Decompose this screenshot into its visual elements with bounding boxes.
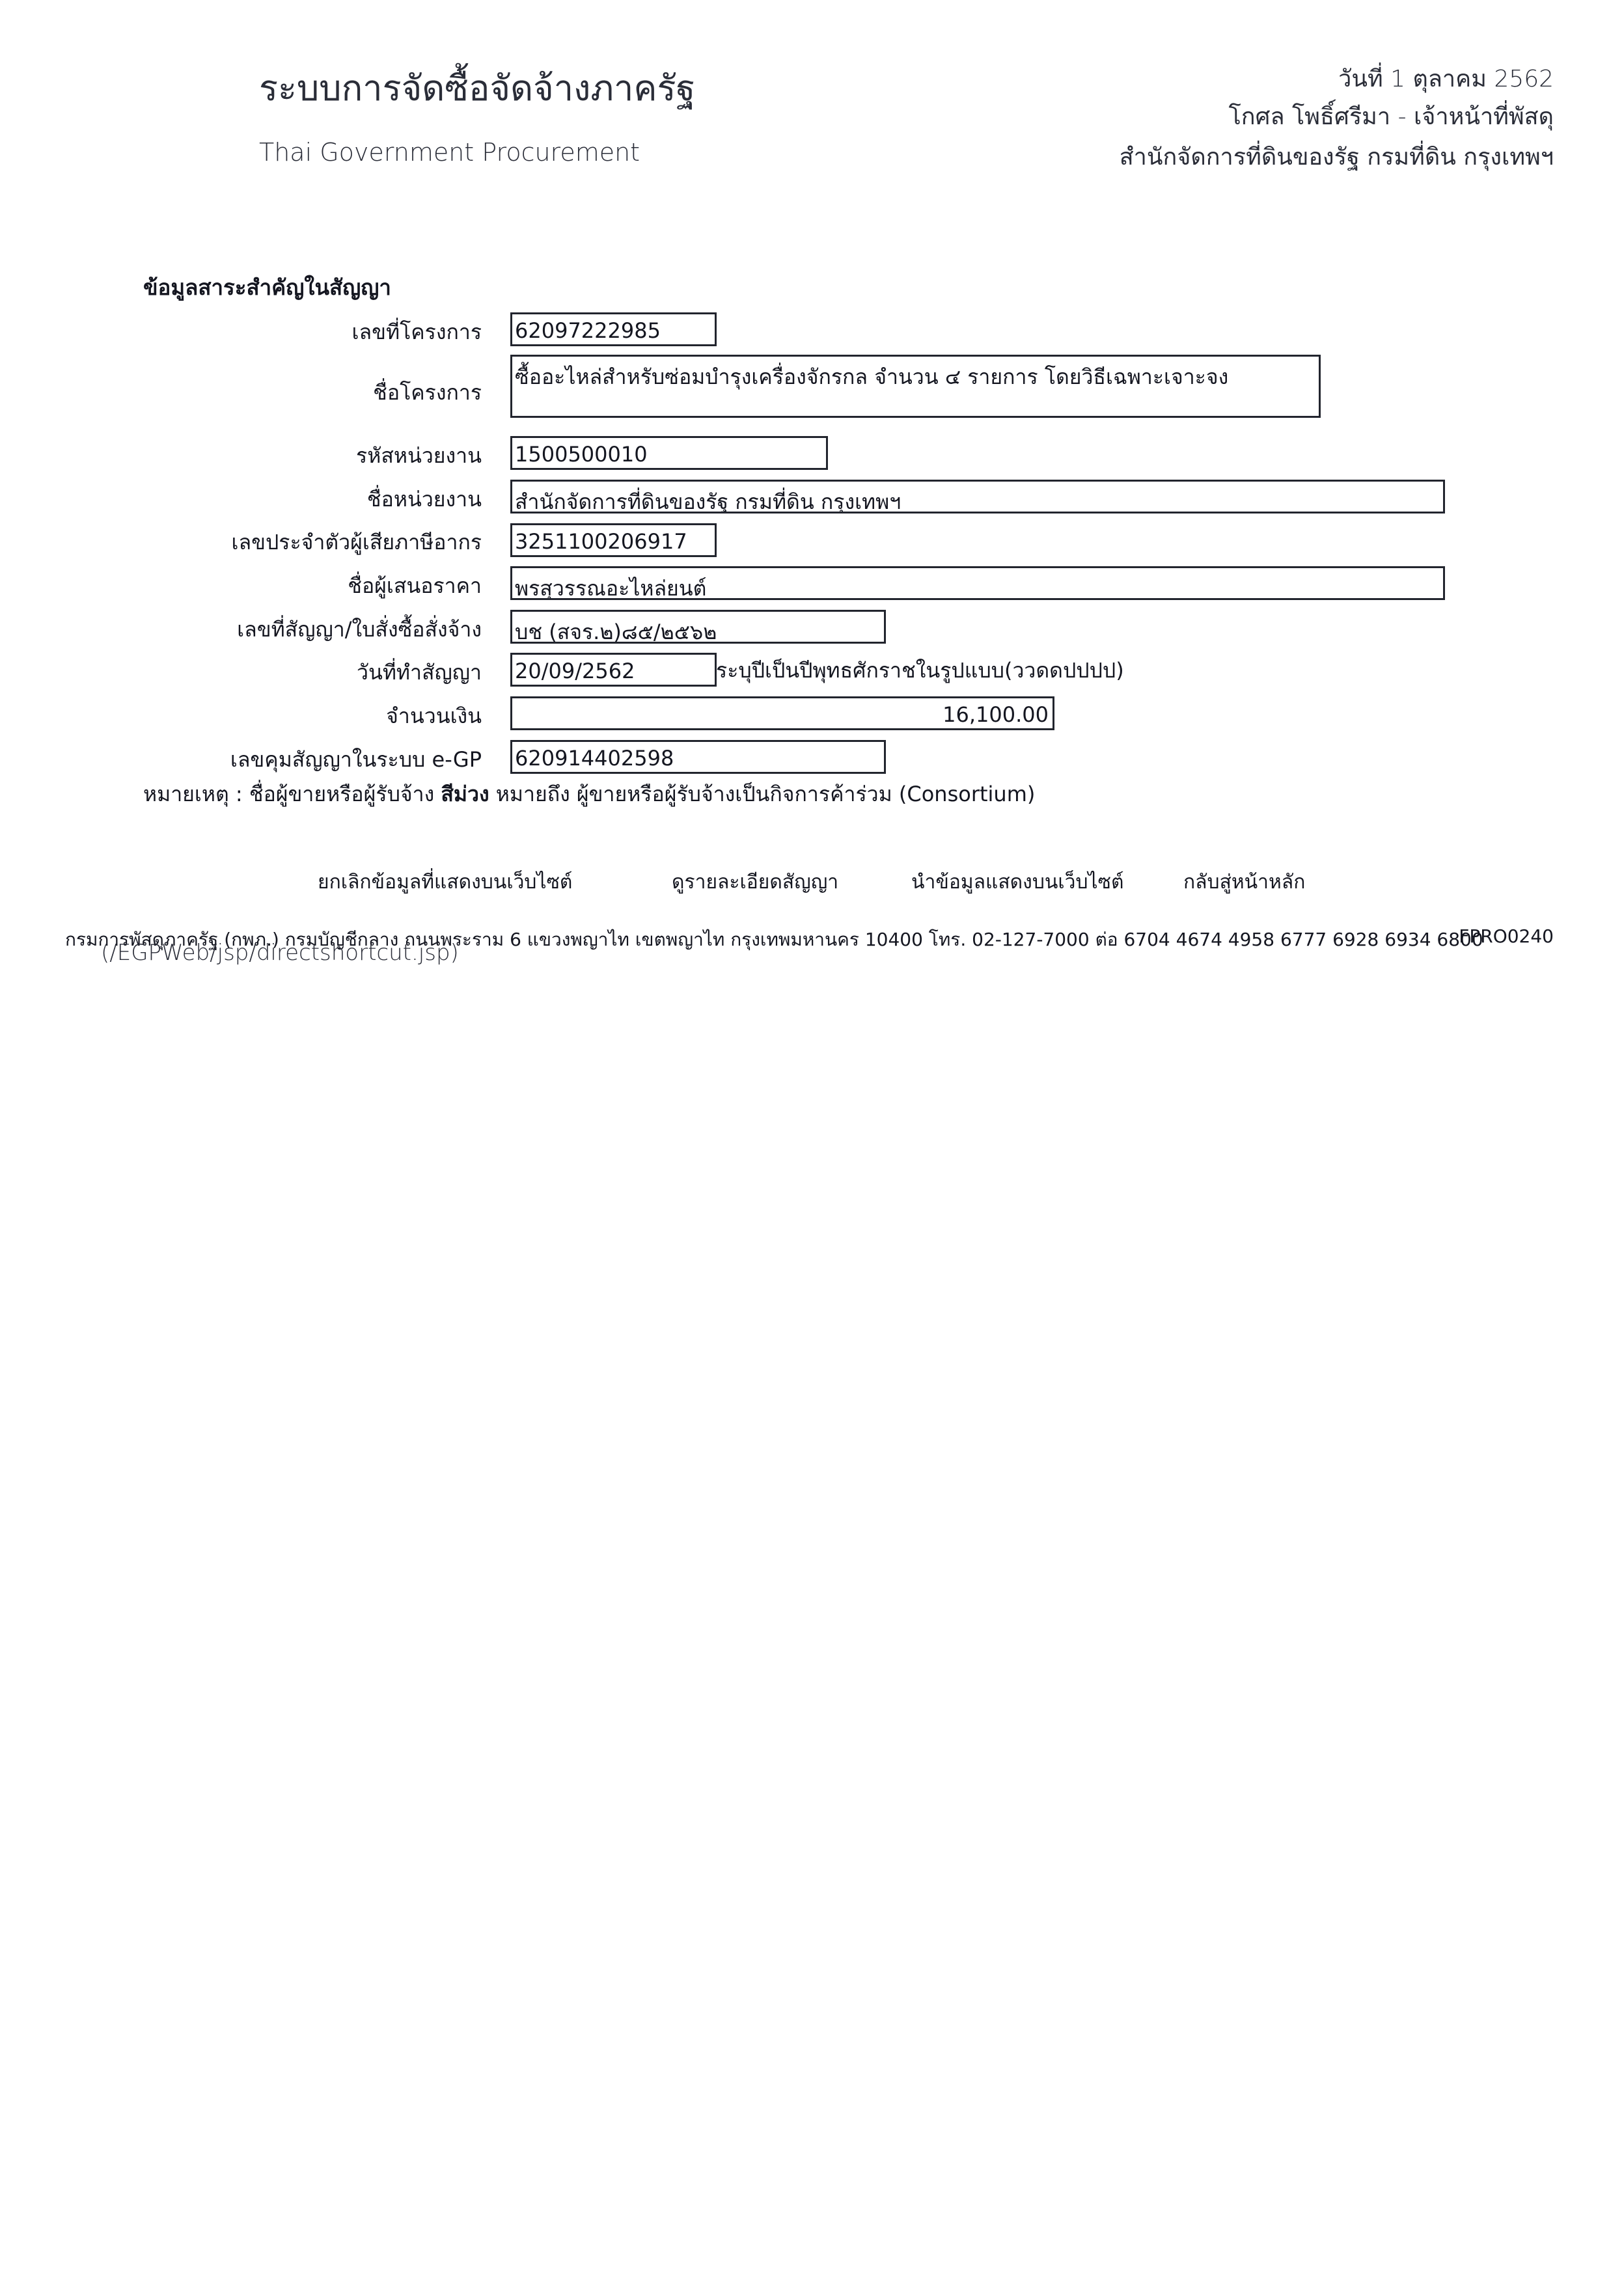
project-no-field[interactable]: 62097222985 [510, 312, 717, 346]
section-title: ข้อมูลสาระสำคัญในสัญญา [143, 270, 391, 305]
project-no-label: เลขที่โครงการ [130, 316, 482, 349]
egp-no-label: เลขคุมสัญญาในระบบ e-GP [130, 743, 482, 776]
cancel-display-link[interactable]: ยกเลิกข้อมูลที่แสดงบนเว็บไซต์ [318, 867, 572, 897]
project-name-field[interactable]: ซื้ออะไหล่สำหรับซ่อมบำรุงเครื่องจักรกล จ… [510, 355, 1321, 418]
tax-id-field[interactable]: 3251100206917 [510, 523, 717, 557]
dept-code-field[interactable]: 1500500010 [510, 436, 828, 470]
contract-date-label: วันที่ทำสัญญา [130, 656, 482, 689]
amount-label: จำนวนเงิน [130, 700, 482, 733]
dept-code-label: รหัสหน่วยงาน [130, 439, 482, 472]
bidder-name-field[interactable]: พรสุวรรณอะไหล่ยนต์ [510, 566, 1445, 600]
contract-no-field[interactable]: บช (สจร.๒)๘๕/๒๕๖๒ [510, 610, 886, 644]
footer-page-code: FPRO0240 [1459, 925, 1554, 947]
system-title-thai: ระบบการจัดซื้อจัดจ้างภาครัฐ [259, 60, 695, 116]
publish-link[interactable]: นำข้อมูลแสดงบนเว็บไซต์ [911, 867, 1123, 897]
bidder-name-label: ชื่อผู้เสนอราคา [130, 569, 482, 603]
dept-name-field[interactable]: สำนักจัดการที่ดินของรัฐ กรมที่ดิน กรุงเท… [510, 480, 1445, 513]
contract-date-field[interactable]: 20/09/2562 [510, 653, 717, 687]
header-organization: สำนักจัดการที่ดินของรัฐ กรมที่ดิน กรุงเท… [1120, 138, 1554, 175]
contract-date-hint: ระบุปีเป็นปีพุทธศักราชในรูปแบบ(ววดดปปปป) [716, 654, 1124, 687]
header-date: วันที่ 1 ตุลาคม 2562 [1338, 60, 1554, 97]
dept-name-label: ชื่อหน่วยงาน [130, 483, 482, 516]
amount-field[interactable]: 16,100.00 [510, 696, 1054, 730]
header-user: โกศล โพธิ์ศรีมา - เจ้าหน้าที่พัสดุ [1228, 98, 1554, 135]
tax-id-label: เลขประจำตัวผู้เสียภาษีอากร [130, 526, 482, 559]
project-name-label: ชื่อโครงการ [130, 376, 482, 409]
note-highlight: สีม่วง [441, 782, 489, 806]
view-details-link[interactable]: ดูรายละเอียดสัญญา [672, 867, 838, 897]
footer-url: (/EGPWeb/jsp/directshortcut.jsp) [101, 940, 459, 966]
back-home-link[interactable]: กลับสู่หน้าหลัก [1183, 867, 1305, 897]
system-title-english: Thai Government Procurement [259, 138, 640, 167]
note-suffix: หมายถึง ผู้ขายหรือผู้รับจ้างเป็นกิจการค้… [489, 782, 1036, 806]
note-prefix: หมายเหตุ : ชื่อผู้ขายหรือผู้รับจ้าง [143, 782, 441, 806]
consortium-note: หมายเหตุ : ชื่อผู้ขายหรือผู้รับจ้าง สีม่… [143, 778, 1035, 811]
egp-no-field[interactable]: 620914402598 [510, 740, 886, 774]
contract-no-label: เลขที่สัญญา/ใบสั่งซื้อสั่งจ้าง [130, 613, 482, 646]
